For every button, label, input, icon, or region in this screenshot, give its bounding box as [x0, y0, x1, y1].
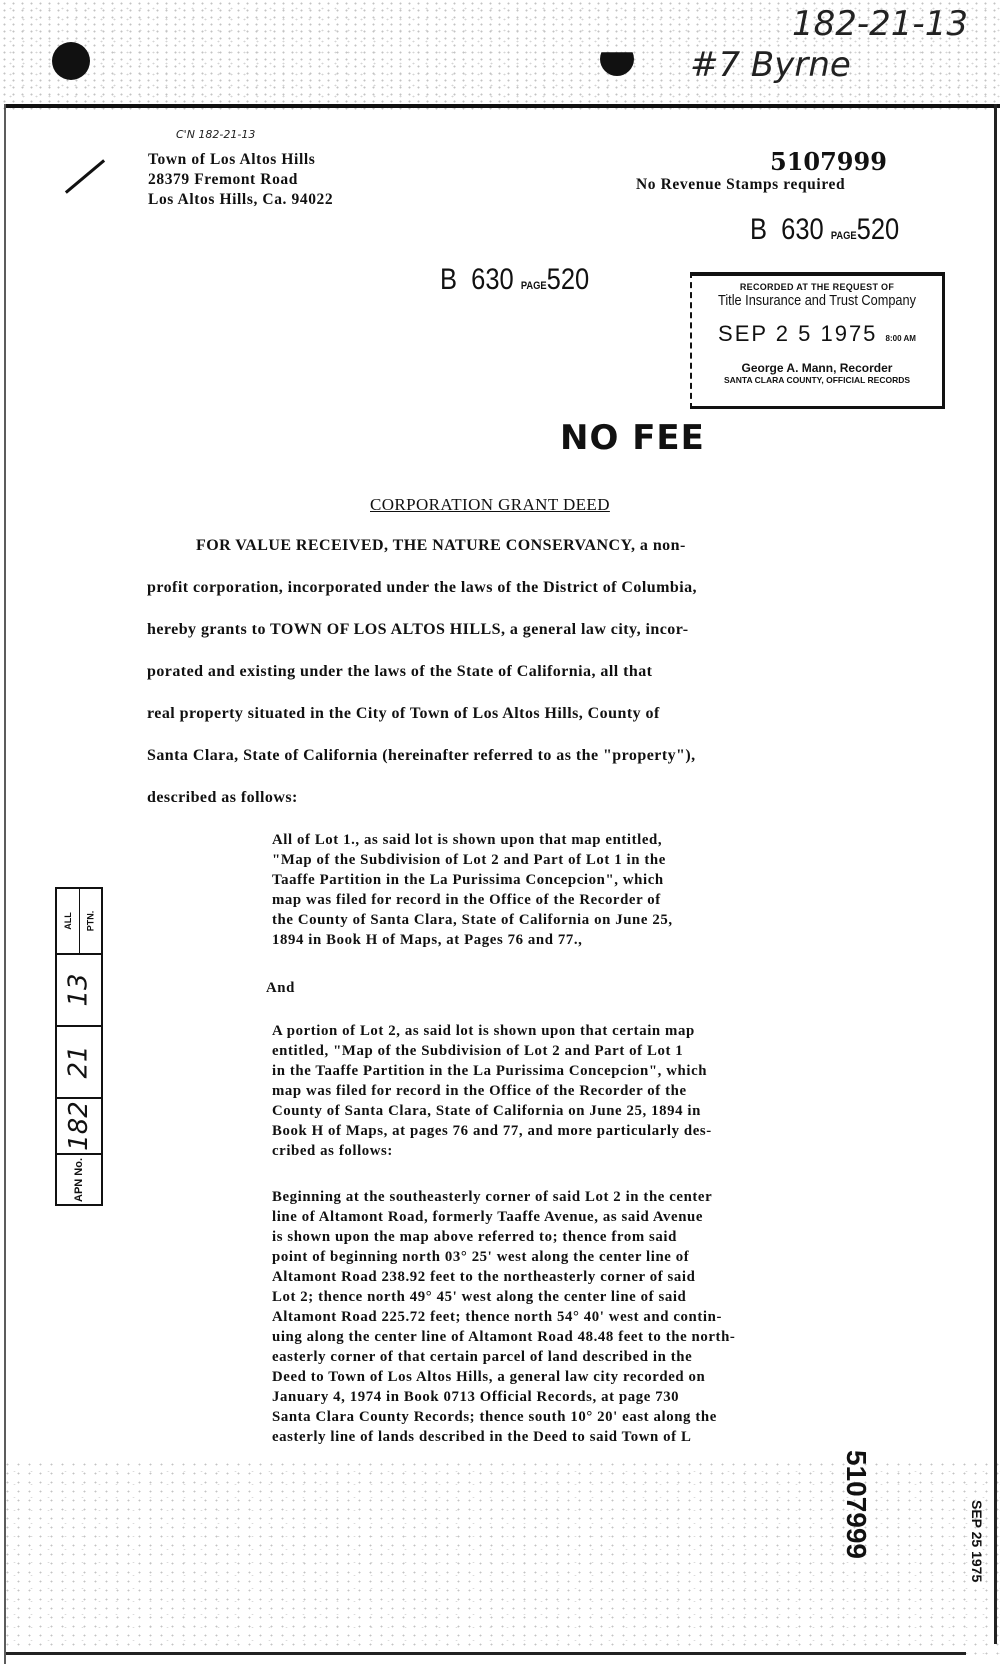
- conjunction: And: [266, 978, 886, 998]
- parcel-one-line: Taaffe Partition in the La Purissima Con…: [272, 870, 892, 890]
- metes-and-bounds: Beginning at the southeasterly corner of…: [272, 1187, 892, 1447]
- parcel-one-line: "Map of the Subdivision of Lot 2 and Par…: [272, 850, 892, 870]
- book-volume: 630: [781, 213, 824, 246]
- parcel-one-line: All of Lot 1., as said lot is shown upon…: [272, 830, 892, 850]
- parcel-two-description: A portion of Lot 2, as said lot is shown…: [272, 1021, 892, 1161]
- apn-page: 21: [64, 1045, 94, 1078]
- metes-line: Beginning at the southeasterly corner of…: [272, 1187, 892, 1207]
- book-page: 520: [547, 263, 590, 296]
- apn-label-cell: APN No.: [57, 1155, 101, 1204]
- page-left-edge: [4, 104, 6, 1664]
- page-right-edge: [994, 104, 997, 1644]
- apn-book-cell: 182: [57, 1099, 101, 1155]
- sender-scribble: C'N 182-21-13: [176, 128, 255, 141]
- parcel-one-line: the County of Santa Clara, State of Cali…: [272, 910, 892, 930]
- apn-ptn-label: PTN.: [85, 911, 95, 932]
- metes-line: January 4, 1974 in Book 0713 Official Re…: [272, 1387, 892, 1407]
- book-letter: B: [440, 263, 457, 296]
- metes-line: Altamont Road 238.92 feet to the northea…: [272, 1267, 892, 1287]
- page-label: PAGE: [521, 280, 547, 292]
- body-line: porated and existing under the laws of t…: [147, 663, 877, 681]
- metes-line: Lot 2; thence north 49° 45' west along t…: [272, 1287, 892, 1307]
- apn-page-cell: 21: [57, 1027, 101, 1099]
- body-line: profit corporation, incorporated under t…: [147, 579, 877, 597]
- body-line: FOR VALUE RECEIVED, THE NATURE CONSERVAN…: [196, 537, 926, 555]
- parcel-two-line: map was filed for record in the Office o…: [272, 1081, 892, 1101]
- parcel-two-line: entitled, "Map of the Subdivision of Lot…: [272, 1041, 892, 1061]
- handwritten-parcel-ref: 182-21-13: [792, 4, 968, 44]
- stamp-recorder: George A. Mann, Recorder: [692, 361, 942, 375]
- parcel-two-line: in the Taaffe Partition in the La Puriss…: [272, 1061, 892, 1081]
- apn-label: APN No.: [73, 1158, 85, 1202]
- apn-parcel: 13: [64, 973, 94, 1006]
- parcel-two-line: County of Santa Clara, State of Californ…: [272, 1101, 892, 1121]
- stamp-company: Title Insurance and Trust Company: [711, 292, 924, 309]
- handwritten-note: #7 Byrne: [690, 45, 851, 85]
- stamp-office: SANTA CLARA COUNTY, OFFICIAL RECORDS: [692, 375, 942, 385]
- page-label: PAGE: [831, 230, 857, 242]
- page-bottom-edge: [6, 1652, 966, 1655]
- parcel-one-description: All of Lot 1., as said lot is shown upon…: [272, 830, 892, 950]
- body-line: hereby grants to TOWN OF LOS ALTOS HILLS…: [147, 621, 877, 639]
- sender-name: Town of Los Altos Hills: [148, 150, 333, 170]
- stamp-time: 8:00 AM: [886, 334, 916, 343]
- metes-line: Santa Clara County Records; thence south…: [272, 1407, 892, 1427]
- sender-city: Los Altos Hills, Ca. 94022: [148, 190, 333, 210]
- parcel-two-line: A portion of Lot 2, as said lot is shown…: [272, 1021, 892, 1041]
- book-volume: 630: [471, 263, 514, 296]
- metes-line: uing along the center line of Altamont R…: [272, 1327, 892, 1347]
- body-line: described as follows:: [147, 789, 877, 807]
- margin-document-number: 5107999: [840, 1450, 872, 1559]
- stamp-date-row: SEP 2 5 1975 8:00 AM: [692, 321, 942, 347]
- metes-line: is shown upon the map above referred to;…: [272, 1227, 892, 1247]
- parcel-one-line: 1894 in Book H of Maps, at Pages 76 and …: [272, 930, 892, 950]
- parcel-two-line: cribed as follows:: [272, 1141, 892, 1161]
- body-line: real property situated in the City of To…: [147, 705, 877, 723]
- apn-parcel-cell: 13: [57, 955, 101, 1027]
- metes-line: Deed to Town of Los Altos Hills, a gener…: [272, 1367, 892, 1387]
- body-line: Santa Clara, State of California (herein…: [147, 747, 877, 765]
- stamp-date: SEP 2 5 1975: [718, 321, 877, 346]
- sender-address: Town of Los Altos Hills 28379 Fremont Ro…: [148, 150, 333, 210]
- page-top-edge: [6, 104, 1000, 108]
- metes-line: easterly corner of that certain parcel o…: [272, 1347, 892, 1367]
- apn-all-ptn-cell: ALL PTN.: [57, 889, 101, 955]
- metes-line: point of beginning north 03° 25' west al…: [272, 1247, 892, 1267]
- recorder-stamp: RECORDED AT THE REQUEST OF Title Insuran…: [690, 272, 945, 409]
- parcel-two-line: Book H of Maps, at pages 76 and 77, and …: [272, 1121, 892, 1141]
- book-page-ref-center: B 630 PAGE520: [440, 263, 589, 297]
- metes-line: easterly line of lands described in the …: [272, 1427, 892, 1447]
- no-fee-notice: NO FEE: [560, 418, 705, 458]
- apn-box: ALL PTN. 13 21 182 APN No.: [55, 887, 103, 1206]
- stamp-request-line: RECORDED AT THE REQUEST OF: [692, 282, 942, 292]
- revenue-note: No Revenue Stamps required: [636, 176, 845, 194]
- metes-line: Altamont Road 225.72 feet; thence north …: [272, 1307, 892, 1327]
- sender-street: 28379 Fremont Road: [148, 170, 333, 190]
- punch-hole-left: [52, 42, 90, 80]
- document-title: CORPORATION GRANT DEED: [370, 495, 610, 515]
- document-number: 5107999: [770, 147, 887, 176]
- book-letter: B: [750, 213, 767, 246]
- margin-date: SEP 25 1975: [969, 1500, 985, 1582]
- metes-line: line of Altamont Road, formerly Taaffe A…: [272, 1207, 892, 1227]
- apn-book: 182: [64, 1101, 94, 1151]
- book-page: 520: [857, 213, 900, 246]
- parcel-one-line: map was filed for record in the Office o…: [272, 890, 892, 910]
- book-page-ref-right: B 630 PAGE520: [750, 213, 899, 247]
- pen-slash-mark: [65, 159, 105, 193]
- apn-all-label: ALL: [63, 912, 73, 930]
